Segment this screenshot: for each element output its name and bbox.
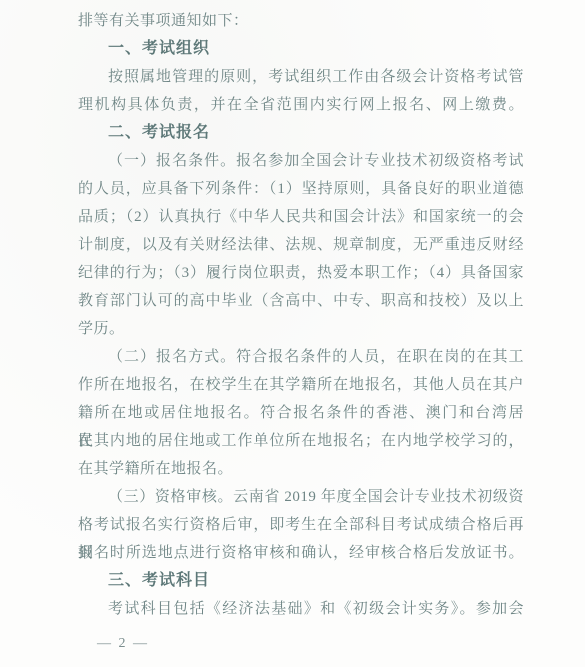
text-line: 考试科目包括《经济法基础》和《初级会计实务》。参加会 (78, 595, 524, 623)
text-line: 格考试报名实行资格后审，即考生在全部科目考试成绩合格后再到 (78, 511, 524, 539)
page-number: — 2 — (78, 634, 168, 654)
text-line: 理机构具体负责，并在全省范围内实行网上报名、网上缴费。 (78, 91, 524, 119)
text-line: （一）报名条件。报名参加全国会计专业技术初级资格考试 (78, 147, 524, 175)
text-line: 学历。 (78, 315, 524, 343)
text-line: 作所在地报名，在校学生在其学籍所在地报名，其他人员在其户 (78, 371, 524, 399)
text-line: 纪律的行为；（3）履行岗位职责，热爱本职工作；（4）具备国家 (78, 259, 524, 287)
section-heading: 二、考试报名 (78, 119, 524, 147)
text-line: 在其内地的居住地或工作单位所在地报名；在内地学校学习的， (78, 427, 524, 455)
text-line: 品质；（2）认真执行《中华人民共和国会计法》和国家统一的会 (78, 203, 524, 231)
text-line: 的人员，应具备下列条件：（1）坚持原则，具备良好的职业道德 (78, 175, 524, 203)
text-line: 教育部门认可的高中毕业（含高中、中专、职高和技校）及以上 (78, 287, 524, 315)
text-line: 计制度，以及有关财经法律、法规、规章制度，无严重违反财经 (78, 231, 524, 259)
text-line: 报名时所选地点进行资格审核和确认，经审核合格后发放证书。 (78, 539, 524, 567)
text-line: 在其学籍所在地报名。 (78, 455, 524, 483)
text-line: （二）报名方式。符合报名条件的人员，在职在岗的在其工 (78, 343, 524, 371)
document-page: 排等有关事项通知如下：一、考试组织按照属地管理的原则，考试组织工作由各级会计资格… (0, 0, 585, 667)
text-line: 按照属地管理的原则，考试组织工作由各级会计资格考试管 (78, 63, 524, 91)
section-heading: 一、考试组织 (78, 35, 524, 63)
section-heading: 三、考试科目 (78, 567, 524, 595)
text-line: （三）资格审核。云南省 2019 年度全国会计专业技术初级资 (78, 483, 524, 511)
text-line: 籍所在地或居住地报名。符合报名条件的香港、澳门和台湾居民， (78, 399, 524, 427)
document-body: 排等有关事项通知如下：一、考试组织按照属地管理的原则，考试组织工作由各级会计资格… (78, 7, 524, 623)
text-line: 排等有关事项通知如下： (78, 7, 524, 35)
